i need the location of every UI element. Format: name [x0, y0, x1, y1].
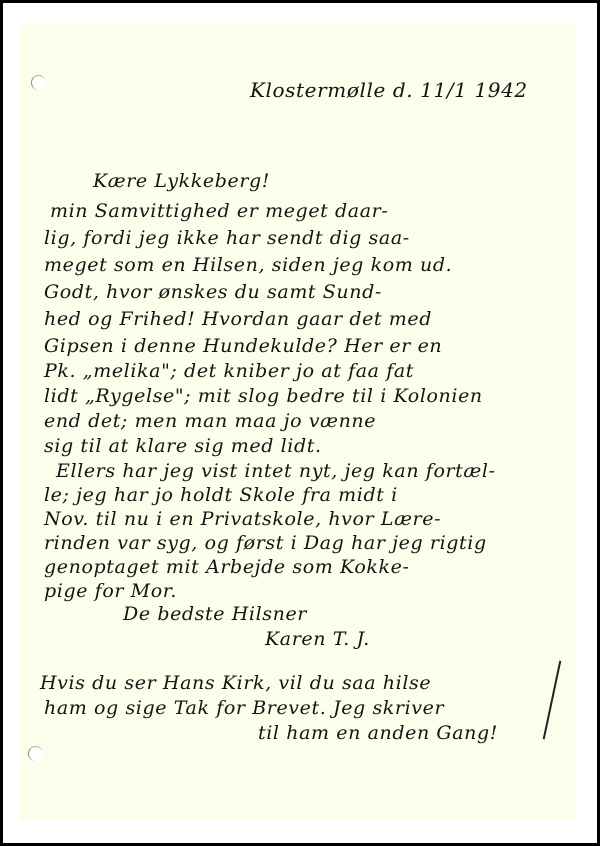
body-line: meget som en Hilsen, siden jeg kom ud.	[44, 254, 452, 276]
body-line: lidt „Rygelse"; mit slog bedre til i Kol…	[44, 385, 483, 407]
body-line: Gipsen i denne Hundekulde? Her er en	[44, 335, 442, 357]
body-line: pige for Mor.	[44, 580, 177, 602]
punch-hole-bottom	[28, 746, 43, 761]
body-line: sig til at klare sig med lidt.	[44, 435, 322, 457]
postscript-line: til ham en anden Gang!	[258, 722, 498, 744]
body-line: Pk. „melika"; det kniber jo at faa fat	[44, 360, 414, 382]
body-line: le; jeg har jo holdt Skole fra midt i	[44, 484, 398, 506]
postscript-line: ham og sige Tak for Brevet. Jeg skriver	[44, 697, 444, 719]
signature: Karen T. J.	[265, 628, 370, 650]
body-line: min Samvittighed er meget daar-	[50, 200, 388, 222]
salutation: Kære Lykkeberg!	[93, 170, 270, 192]
body-line: Godt, hvor ønskes du samt Sund-	[44, 281, 382, 303]
body-line: end det; men man maa jo vænne	[44, 410, 376, 432]
body-line: Ellers har jeg vist intet nyt, jeg kan f…	[56, 460, 496, 482]
place-date: Klostermølle d. 11/1 1942	[250, 78, 528, 102]
body-line: genoptaget mit Arbejde som Kokke-	[44, 556, 409, 578]
body-line: hed og Frihed! Hvordan gaar det med	[44, 308, 432, 330]
body-line: Nov. til nu i en Privatskole, hvor Lære-	[44, 508, 441, 530]
postscript-line: Hvis du ser Hans Kirk, vil du saa hilse	[40, 672, 431, 694]
closing-greeting: De bedste Hilsner	[123, 603, 307, 625]
body-line: lig, fordi jeg ikke har sendt dig saa-	[44, 227, 410, 249]
punch-hole-top	[31, 75, 46, 90]
body-line: rinden var syg, og først i Dag har jeg r…	[44, 532, 487, 554]
